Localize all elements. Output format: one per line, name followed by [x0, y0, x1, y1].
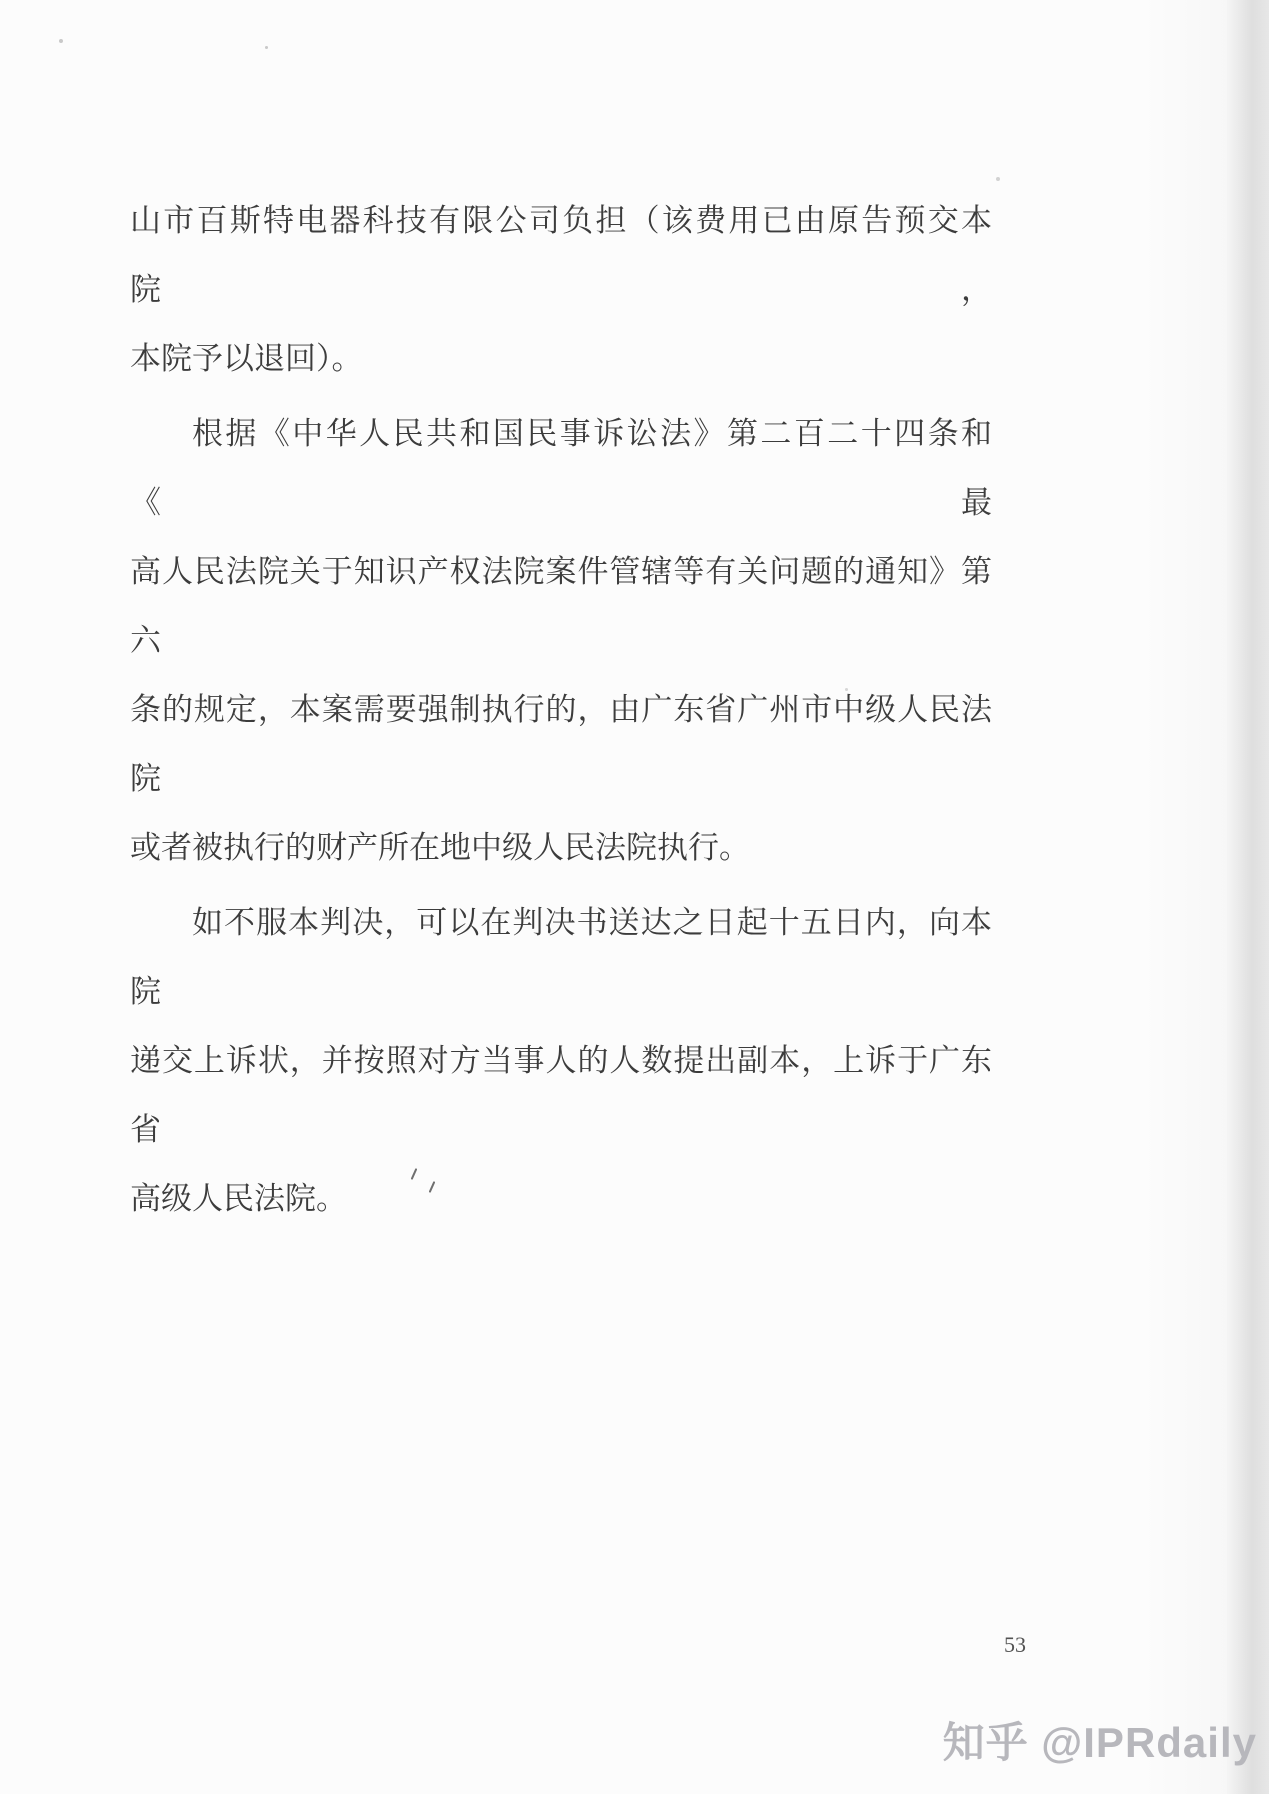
document-line: 如不服本判决，可以在判决书送达之日起十五日内，向本院 — [130, 888, 992, 1026]
scan-edge-shadow-wide — [1139, 0, 1269, 1794]
document-line: 高级人民法院。 — [130, 1164, 992, 1233]
document-body: 山市百斯特电器科技有限公司负担（该费用已由原告预交本院， 本院予以退回）。 根据… — [130, 186, 992, 1233]
document-line: 高人民法院关于知识产权法院案件管辖等有关问题的通知》第六 — [130, 537, 992, 675]
scan-speck — [59, 39, 63, 43]
zhihu-iprdaily-watermark: 知乎 @IPRdaily — [943, 1710, 1257, 1770]
paragraph-costs: 山市百斯特电器科技有限公司负担（该费用已由原告预交本院， 本院予以退回）。 — [130, 186, 992, 393]
document-line: 根据《中华人民共和国民事诉讼法》第二百二十四条和《最 — [130, 399, 992, 537]
scanned-document-page: 山市百斯特电器科技有限公司负担（该费用已由原告预交本院， 本院予以退回）。 根据… — [0, 0, 1269, 1794]
document-line: 山市百斯特电器科技有限公司负担（该费用已由原告预交本院， — [130, 186, 992, 324]
document-line: 或者被执行的财产所在地中级人民法院执行。 — [130, 813, 992, 882]
scan-speck — [996, 177, 1000, 181]
document-line: 本院予以退回）。 — [130, 324, 992, 393]
scan-speck — [265, 46, 268, 49]
scan-edge-shadow-strip — [1227, 0, 1269, 1794]
document-line: 条的规定，本案需要强制执行的，由广东省广州市中级人民法院 — [130, 675, 992, 813]
paragraph-enforcement: 根据《中华人民共和国民事诉讼法》第二百二十四条和《最 高人民法院关于知识产权法院… — [130, 399, 992, 882]
document-line: 递交上诉状，并按照对方当事人的人数提出副本，上诉于广东省 — [130, 1026, 992, 1164]
paragraph-appeal: 如不服本判决，可以在判决书送达之日起十五日内，向本院 递交上诉状，并按照对方当事… — [130, 888, 992, 1233]
page-number: 53 — [1004, 1632, 1026, 1658]
